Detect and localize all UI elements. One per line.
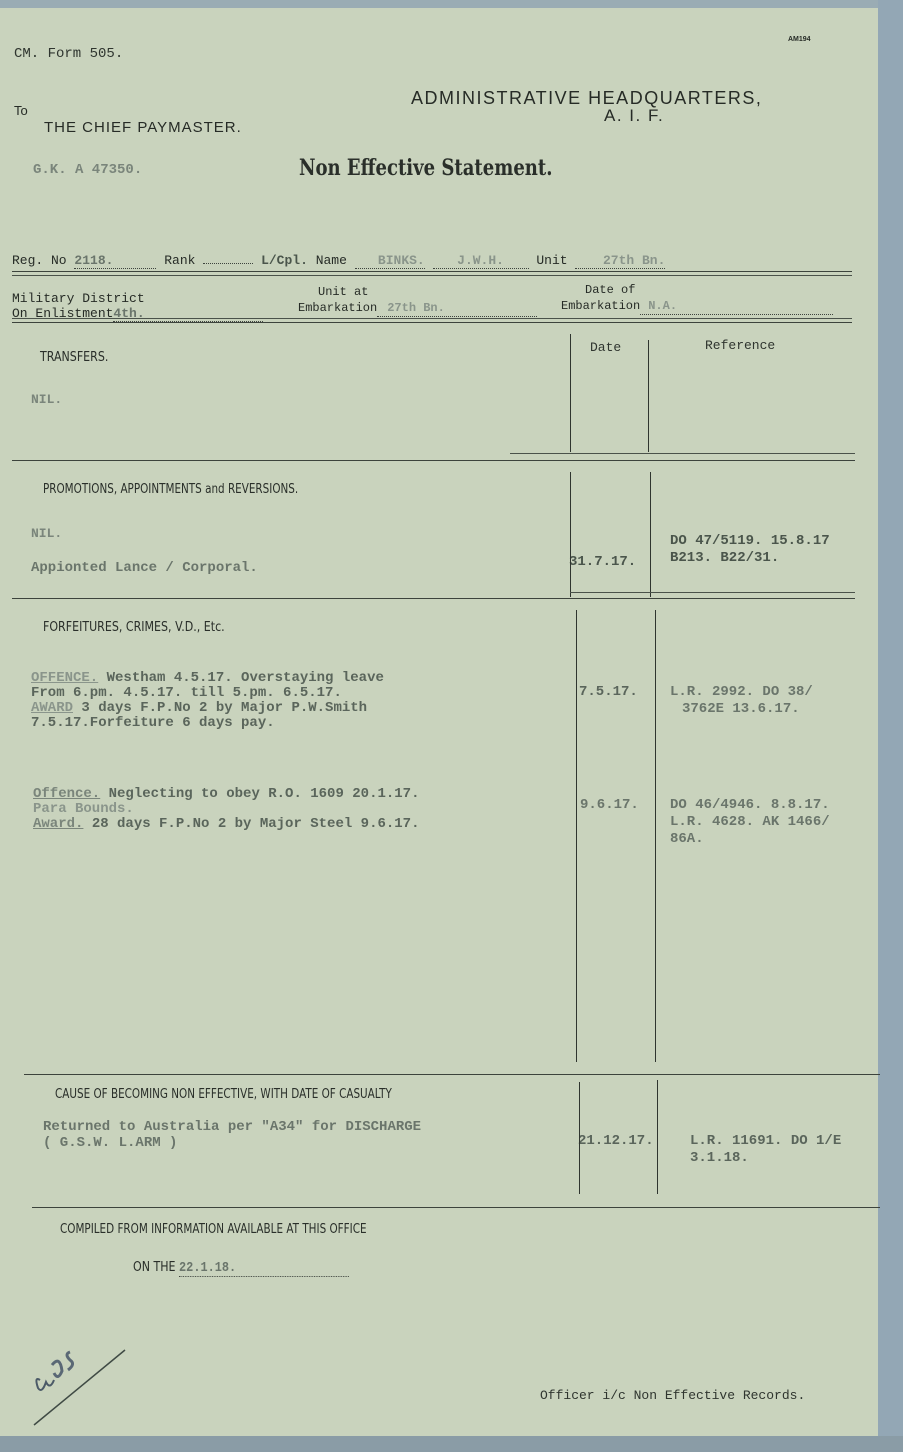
forfeiture-entry: Offence. Neglecting to obey R.O. 1609 20…	[33, 787, 419, 832]
column-divider	[579, 1082, 580, 1194]
forfeiture-entry-reference: DO 46/4946. 8.8.17. L.R. 4628. AK 1466/ …	[670, 797, 830, 848]
cause-entry: Returned to Australia per "A34" for DISC…	[43, 1119, 421, 1151]
rule	[12, 460, 855, 461]
forfeiture-entry-reference: L.R. 2992. DO 38/ 3762E 13.6.17.	[670, 684, 813, 718]
cause-reference: L.R. 11691. DO 1/E 3.1.18.	[690, 1133, 841, 1167]
rule	[12, 322, 852, 323]
promotions-entry-nil: NIL.	[31, 526, 62, 541]
reference-line: DO 46/4946. 8.8.17.	[670, 797, 830, 814]
forfeiture-entry: OFFENCE. Westham 4.5.17. Overstaying lea…	[31, 671, 384, 731]
unit-emb-label-1: Unit at	[298, 284, 537, 300]
rank-value: L/Cpl.	[261, 253, 308, 268]
column-divider	[657, 1080, 658, 1194]
rule	[12, 271, 852, 272]
rule	[12, 318, 852, 319]
rule	[12, 598, 855, 599]
rank-label: Rank	[164, 253, 195, 268]
section-heading-transfers: TRANSFERS.	[40, 350, 108, 365]
file-reference: G.K. A 47350.	[33, 162, 142, 178]
section-heading-cause: CAUSE OF BECOMING NON EFFECTIVE, WITH DA…	[55, 1087, 392, 1102]
scan-background-bottom	[0, 1436, 903, 1452]
offence-label: Offence.	[33, 786, 100, 802]
award-text: 28 days F.P.No 2 by Major Steel 9.6.17.	[83, 816, 419, 832]
date-emb-label-1: Date of	[561, 282, 833, 298]
rule	[32, 1207, 880, 1208]
column-divider	[648, 340, 649, 452]
district-value: 4th.	[113, 306, 263, 322]
addressee: THE CHIEF PAYMASTER.	[44, 119, 242, 136]
reference-line: 3.1.18.	[690, 1150, 841, 1167]
date-emb-label-2: Embarkation	[561, 299, 640, 313]
section-heading-promotions: PROMOTIONS, APPOINTMENTS and REVERSIONS.	[43, 482, 298, 497]
stamp-code: AM194	[788, 36, 811, 43]
promotions-entry-date: 31.7.17.	[569, 554, 636, 570]
scan-background-right	[878, 0, 903, 1452]
award-label: AWARD	[31, 700, 73, 716]
reference-line: L.R. 4628. AK 1466/	[670, 814, 830, 831]
reference-line: DO 47/5119. 15.8.17	[670, 533, 830, 550]
rule	[24, 1074, 880, 1075]
cause-text: ( G.S.W. L.ARM )	[43, 1135, 421, 1151]
issuer-line-1: ADMINISTRATIVE HEADQUARTERS,	[411, 88, 762, 109]
offence-text: From 6.pm. 4.5.17. till 5.pm. 6.5.17.	[31, 686, 384, 701]
form-number: CM. Form 505.	[14, 46, 123, 62]
section-heading-forfeitures: FORFEITURES, CRIMES, V.D., Etc.	[43, 620, 225, 635]
reg-no-row: Reg. No 2118. Rank L/Cpl. Name BINKS. J.…	[12, 253, 665, 269]
offence-text: Westham 4.5.17. Overstaying leave	[98, 670, 384, 686]
reg-no-label: Reg. No	[12, 253, 67, 268]
rule	[510, 453, 855, 454]
column-header-date: Date	[590, 340, 621, 355]
reference-line: L.R. 2992. DO 38/	[670, 684, 813, 701]
signatory-title: Officer i/c Non Effective Records.	[540, 1388, 805, 1403]
offence-text: Para Bounds.	[33, 802, 419, 817]
issuer-line-2: A. I. F.	[604, 106, 664, 126]
reference-line: 86A.	[670, 831, 830, 848]
cause-date: 21.12.17.	[578, 1133, 654, 1149]
to-label: To	[14, 103, 28, 118]
award-text: 7.5.17.Forfeiture 6 days pay.	[31, 716, 384, 731]
handwritten-initials-icon	[30, 1340, 130, 1430]
offence-label: OFFENCE.	[31, 670, 98, 686]
promotions-entry-appointment: Appionted Lance / Corporal.	[31, 560, 258, 576]
forfeiture-entry-date: 9.6.17.	[580, 797, 639, 813]
rule	[12, 275, 852, 276]
reference-line: 3762E 13.6.17.	[670, 701, 813, 718]
award-label: Award.	[33, 816, 83, 832]
column-divider	[570, 334, 571, 452]
page-title: Non Effective Statement.	[299, 155, 553, 181]
column-divider	[650, 472, 651, 597]
compiled-date-value: 22.1.18.	[179, 1260, 349, 1277]
column-divider	[576, 610, 577, 1062]
column-divider	[655, 610, 656, 1062]
unit-embarkation-field: Unit at Embarkation27th Bn.	[298, 284, 537, 317]
column-divider	[570, 472, 571, 597]
unit-label: Unit	[536, 253, 567, 268]
unit-emb-value: 27th Bn.	[377, 300, 537, 317]
date-embarkation-field: Date of EmbarkationN.A.	[561, 282, 833, 315]
on-the-label: ON THE	[133, 1260, 176, 1275]
compiled-statement: COMPILED FROM INFORMATION AVAILABLE AT T…	[60, 1222, 367, 1237]
rank-dots	[203, 263, 253, 264]
reg-no-value: 2118.	[74, 253, 156, 269]
reference-line: L.R. 11691. DO 1/E	[690, 1133, 841, 1150]
compiled-date-field: ON THE 22.1.18.	[133, 1260, 349, 1277]
column-header-reference: Reference	[705, 338, 775, 353]
name-label: Name	[316, 253, 347, 268]
unit-emb-label-2: Embarkation	[298, 301, 377, 315]
rule	[570, 592, 855, 593]
reference-line: B213. B22/31.	[670, 550, 830, 567]
promotions-entry-reference: DO 47/5119. 15.8.17 B213. B22/31.	[670, 533, 830, 567]
offence-text: Neglecting to obey R.O. 1609 20.1.17.	[100, 786, 419, 802]
district-label-1: Military District	[12, 291, 263, 306]
surname-value: BINKS.	[355, 253, 425, 269]
award-text: 3 days F.P.No 2 by Major P.W.Smith	[73, 700, 367, 716]
unit-value: 27th Bn.	[575, 253, 665, 269]
initials-value: J.W.H.	[433, 253, 529, 269]
transfers-entry: NIL.	[31, 392, 62, 407]
cause-text: Returned to Australia per "A34" for DISC…	[43, 1119, 421, 1135]
date-emb-value: N.A.	[640, 298, 833, 315]
forfeiture-entry-date: 7.5.17.	[579, 684, 638, 700]
